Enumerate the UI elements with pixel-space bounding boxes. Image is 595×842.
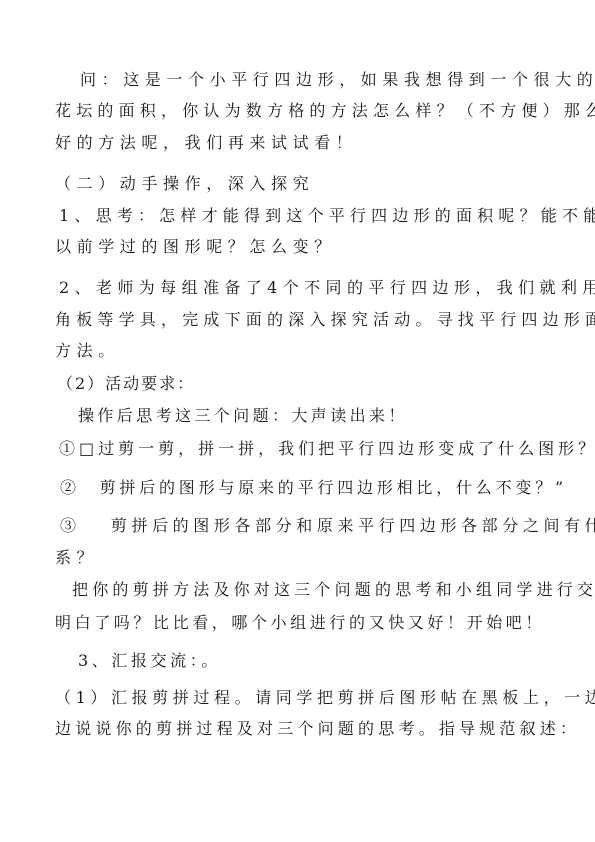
section-heading: （二）动手操作，深入探究 xyxy=(55,174,314,194)
question-2: ② 剪拼后的图形与原来的平行四边形相比，什么不变？” xyxy=(60,478,567,498)
text-line: 以前学过的图形呢？怎么变？ xyxy=(55,237,336,257)
text-line: 1、思考：怎样才能得到这个平行四边形的面积呢？能不能把它变成 xyxy=(59,206,595,226)
text-line: 问：这是一个小平行四边形，如果我想得到一个很大的平行四边形 xyxy=(80,70,595,90)
text-line: （1）汇报剪拼过程。请同学把剪拼后图形帖在黑板上，一边演示，一 xyxy=(55,688,595,708)
text-line: 系？ xyxy=(55,548,98,568)
subsection-heading: （2）活动要求： xyxy=(57,374,195,394)
text-line: 把你的剪拼方法及你对这三个问题的思考和小组同学进行交流。 xyxy=(72,580,595,600)
text-line: 角板等学具，完成下面的深入探究活动。寻找平行四边形面积的计算 xyxy=(55,310,595,330)
text-line: 边说说你的剪拼过程及对三个问题的思考。指导规范叙述： xyxy=(55,719,580,739)
text-line: 操作后思考这三个问题：大声读出来！ xyxy=(78,406,408,426)
question-1: ①□过剪一剪，拼一拼，我们把平行四边形变成了什么图形？ xyxy=(59,439,595,459)
section-heading: 3、汇报交流：。 xyxy=(78,651,221,671)
text-line: 花坛的面积，你认为数方格的方法怎么样？（不方便）那么有没有更 xyxy=(55,101,595,121)
text-line: 明白了吗？比比看，哪个小组进行的又快又好！开始吧！ xyxy=(55,613,545,633)
question-3: ③ 剪拼后的图形各部分和原来平行四边形各部分之间有什么关 xyxy=(60,516,595,536)
text-line: 方法。 xyxy=(55,341,120,361)
text-line: 好的方法呢，我们再来试试看！ xyxy=(55,133,357,153)
text-line: 2、老师为每组准备了4个不同的平行四边形，我们就利用剪刀、三 xyxy=(59,278,595,298)
